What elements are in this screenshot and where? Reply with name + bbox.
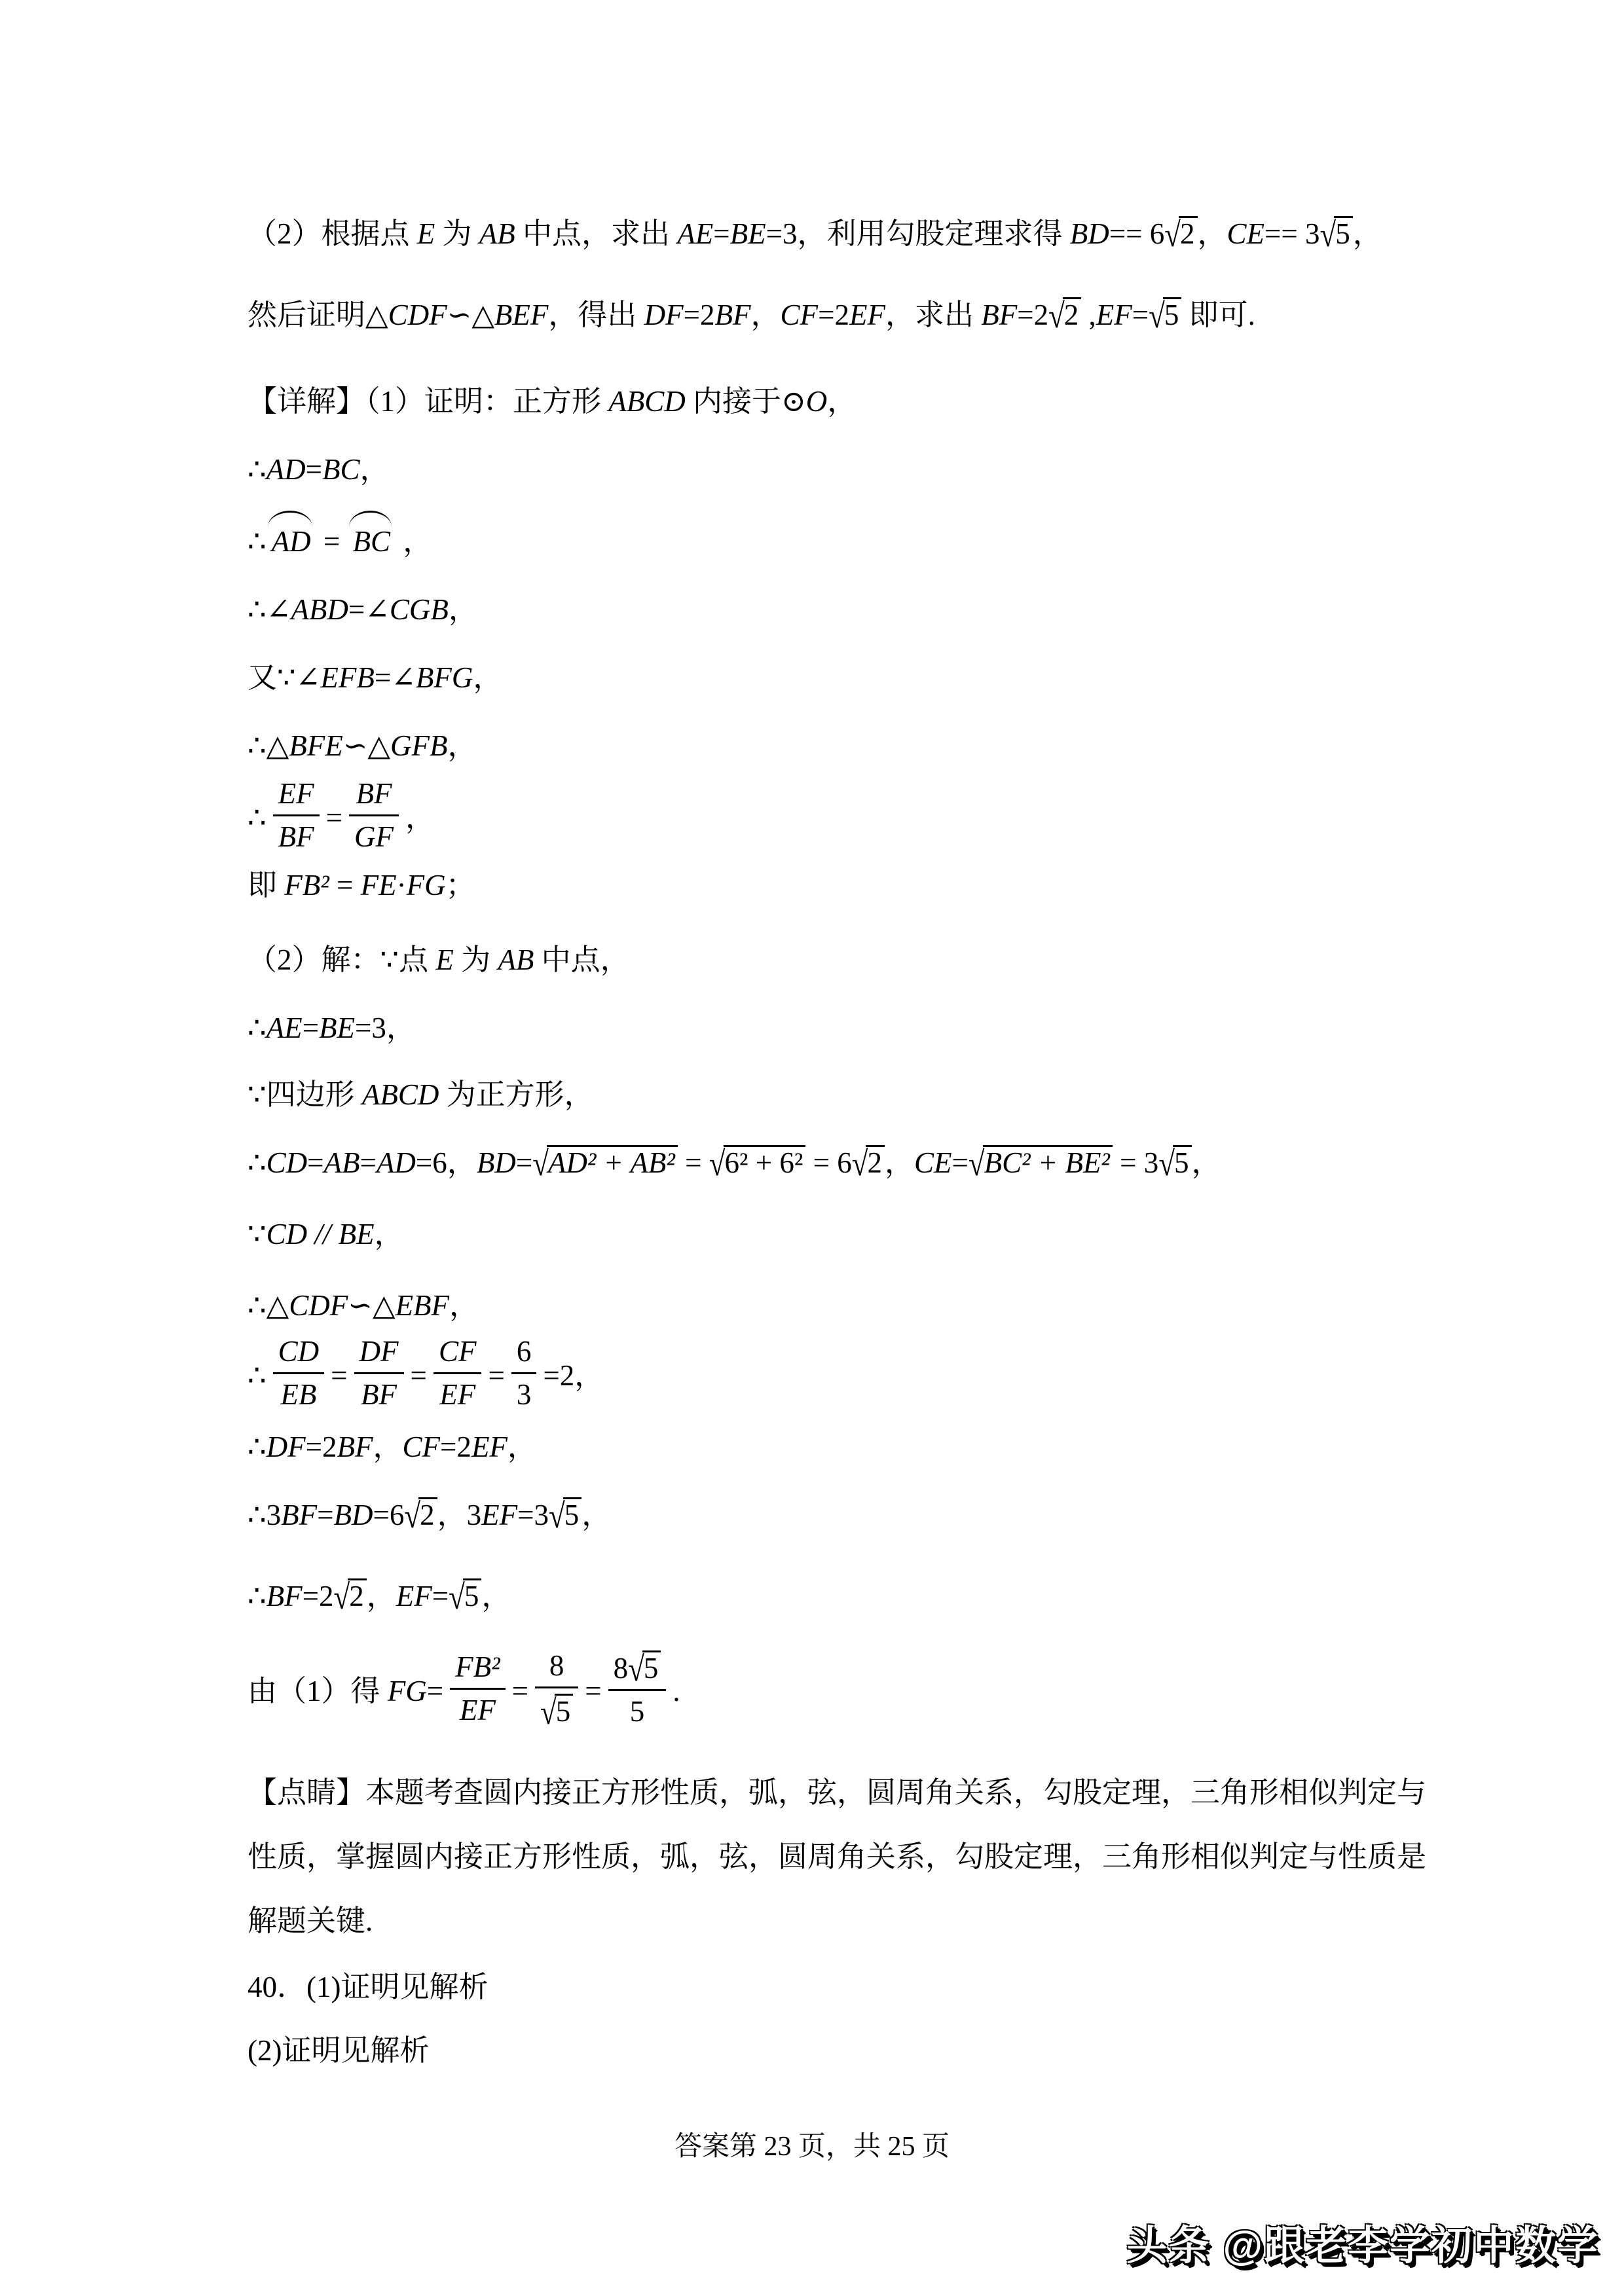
math-variable: E: [417, 217, 435, 250]
denominator: GF: [349, 816, 399, 852]
math-variable: BF: [281, 1499, 317, 1531]
numerator: FB²: [450, 1652, 505, 1690]
radicand: 5: [1173, 1145, 1192, 1178]
doc-line: ∴3BF=BD=6√2，3EF=3√5，: [248, 1497, 1598, 1533]
text-run: ，: [1353, 217, 1382, 250]
text-run: ，: [481, 1580, 511, 1613]
radicand: 2: [1063, 297, 1082, 331]
text-run: =: [427, 1675, 443, 1707]
math-variable: EF: [460, 1694, 496, 1726]
text-run: ∴∠: [248, 593, 291, 626]
text-run: ，: [1198, 217, 1227, 250]
text-run: =6，: [416, 1146, 477, 1179]
text-run: 中点，: [534, 943, 629, 976]
math-variable: FB²: [284, 869, 329, 902]
text-run: =: [306, 453, 322, 486]
radical-sign-icon: √: [540, 1694, 557, 1731]
math-variable: AD: [377, 1146, 416, 1179]
radical-sign-icon: √: [532, 1142, 549, 1184]
math-variable: FG: [388, 1675, 427, 1707]
doc-line: ∵四边形 ABCD 为正方形，: [248, 1077, 1598, 1112]
math-variable: EFB: [320, 661, 374, 694]
math-variable: BD: [334, 1499, 373, 1531]
text-run: =: [411, 1359, 427, 1392]
radicand: BC² + BE²: [983, 1145, 1113, 1178]
radicand: AD² + AB²: [547, 1145, 678, 1178]
text-run: ，: [448, 729, 477, 762]
radical-sign-icon: √: [1164, 213, 1181, 255]
text-run: ∽△: [343, 729, 390, 762]
text-run: =: [317, 1499, 333, 1531]
text-run: =2: [306, 1430, 337, 1463]
text-run: 又∵∠: [248, 661, 320, 694]
math-variable: BD: [1070, 217, 1109, 250]
text-run: ，: [449, 1289, 479, 1322]
text-run: =6: [373, 1499, 405, 1531]
text-run: 5: [630, 1695, 645, 1728]
math-variable: CGB: [390, 593, 449, 626]
text-run: 6: [517, 1335, 532, 1368]
math-variable: EF: [278, 777, 314, 810]
text-run: =: [488, 1359, 504, 1392]
math-variable: GF: [354, 820, 394, 853]
doc-line: 【详解】（1）证明：正方形 ABCD 内接于⊙O，: [248, 384, 1598, 419]
square-root: √5: [1320, 216, 1353, 251]
text-run: ∴: [248, 525, 267, 558]
math-variable: EF: [396, 1580, 432, 1613]
text-run: 即可.: [1181, 299, 1255, 331]
denominator: BF: [354, 1374, 404, 1410]
doc-line: ∴CD=AB=AD=6，BD=√AD² + AB² = √6² + 6² = 6…: [248, 1145, 1598, 1180]
radicand: 2: [418, 1497, 437, 1531]
radical-sign-icon: √: [449, 1576, 465, 1618]
math-variable: CD: [278, 1335, 320, 1368]
denominator: 5: [608, 1691, 667, 1727]
doc-line: ∴DF=2BF，CF=2EF，: [248, 1429, 1598, 1465]
math-variable: ABCD: [362, 1078, 439, 1111]
radicand: 2: [1179, 216, 1198, 249]
numerator: 6: [511, 1336, 537, 1374]
text-run: 为: [454, 943, 498, 976]
doc-line: 然后证明△CDF∽△BEF，得出 DF=2BF，CF=2EF，求出 BF=2√2…: [248, 297, 1598, 333]
math-variable: FB²: [455, 1650, 500, 1683]
square-root: √5: [449, 1578, 481, 1614]
text-run: 由（1）得: [248, 1675, 388, 1707]
text-run: =: [432, 1580, 449, 1613]
math-variable: CD: [267, 1146, 308, 1179]
math-variable: BF: [337, 1430, 373, 1463]
doc-line: 解题关键.: [248, 1903, 1598, 1939]
text-run: ∴: [248, 1580, 267, 1613]
radical-sign-icon: √: [549, 1495, 565, 1537]
math-variable: O: [806, 385, 828, 418]
math-variable: BF: [356, 777, 392, 810]
doc-line: 由（1）得 FG=FB²EF=8√5=8√55.: [248, 1656, 1598, 1733]
doc-line: ∴△CDF∽△EBF，: [248, 1288, 1598, 1323]
doc-line: 40．(1)证明见解析: [248, 1969, 1598, 2005]
fraction: EFBF: [273, 778, 320, 853]
arc-overline: AD: [272, 524, 311, 559]
math-variable: EBF: [396, 1289, 449, 1322]
square-root: √2: [1164, 216, 1197, 251]
math-variable: ABCD: [608, 385, 686, 418]
denominator: EF: [450, 1690, 505, 1726]
math-variable: BD: [477, 1146, 516, 1179]
text-run: =2: [818, 299, 849, 331]
radical-sign-icon: √: [628, 1651, 644, 1688]
document-body: （2）根据点 E 为 AB 中点，求出 AE=BE=3，利用勾股定理求得 BD=…: [248, 216, 1598, 2068]
text-run: =: [512, 1675, 528, 1707]
math-variable: ABD: [291, 593, 348, 626]
text-run: ∴: [248, 1359, 267, 1392]
text-run: =: [316, 525, 348, 558]
math-variable: AE: [677, 217, 713, 250]
radical-sign-icon: √: [852, 1142, 868, 1184]
math-variable: DF: [644, 299, 684, 331]
denominator: BF: [273, 816, 320, 852]
text-run: ，: [396, 525, 432, 558]
square-root: √BC² + BE²: [969, 1145, 1113, 1180]
numerator: CD: [273, 1336, 325, 1374]
text-run: =2: [1017, 299, 1048, 331]
text-run: 为正方形，: [439, 1078, 593, 1111]
text-run: 3: [517, 1378, 532, 1411]
text-run: ∴△: [248, 1289, 289, 1322]
math-variable: CE: [1227, 217, 1265, 250]
text-run: ，: [1192, 1146, 1221, 1179]
text-run: 40．(1)证明见解析: [248, 1971, 488, 2003]
text-run: ，: [885, 1146, 914, 1179]
text-run: ，: [473, 661, 502, 694]
text-run: ，: [375, 1218, 404, 1250]
radical-sign-icon: √: [1320, 213, 1337, 255]
text-run: ∴: [248, 1011, 267, 1044]
doc-line: ∴△BFE∽△GFB，: [248, 728, 1598, 763]
square-root: √5: [540, 1694, 573, 1727]
text-run: =: [1132, 299, 1149, 331]
radical-sign-icon: √: [1158, 1142, 1175, 1184]
math-variable: CF: [403, 1430, 441, 1463]
text-run: =: [307, 1146, 323, 1179]
doc-line: ∴∠ABD=∠CGB，: [248, 592, 1598, 627]
text-run: =: [326, 801, 342, 834]
math-variable: CDF: [289, 1289, 348, 1322]
math-variable: BF: [715, 299, 751, 331]
text-run: （2）根据点: [248, 217, 417, 250]
radical-sign-icon: √: [334, 1576, 350, 1618]
text-run: ∴: [248, 1430, 267, 1463]
doc-line: ∵CD // BE，: [248, 1216, 1598, 1252]
text-run: 8: [614, 1652, 629, 1685]
math-variable: DF: [360, 1335, 399, 1368]
text-run: ∴△: [248, 729, 289, 762]
text-run: =∠: [348, 593, 390, 626]
radicand: 5: [555, 1694, 574, 1727]
radicand: 5: [1334, 216, 1353, 249]
doc-line: ∴EFBF=BFGF，: [248, 784, 1598, 858]
math-variable: AB: [324, 1146, 360, 1179]
math-variable: AB: [479, 217, 515, 250]
text-run: (2)证明见解析: [248, 2034, 429, 2067]
text-run: =2: [440, 1430, 471, 1463]
text-run: 解题关键.: [248, 1904, 373, 1937]
text-run: 即: [248, 869, 284, 902]
text-run: =: [516, 1146, 532, 1179]
math-variable: AD: [267, 453, 306, 486]
text-run: 【详解】（1）证明：正方形: [248, 385, 608, 418]
text-run: ，: [405, 801, 435, 834]
square-root: √5: [1149, 297, 1181, 333]
math-variable: BEF: [494, 299, 548, 331]
document-page: （2）根据点 E 为 AB 中点，求出 AE=BE=3，利用勾股定理求得 BD=…: [0, 0, 1624, 2296]
radicand: 2: [866, 1145, 885, 1178]
square-root: √5: [549, 1497, 581, 1533]
text-run: 为: [435, 217, 479, 250]
math-variable: CE: [914, 1146, 952, 1179]
doc-line: ∴BF=2√2，EF=√5，: [248, 1578, 1598, 1614]
radicand: 2: [348, 1578, 367, 1612]
text-run: =: [303, 1011, 319, 1044]
radicand: 5: [463, 1578, 482, 1612]
math-variable: CF: [439, 1335, 477, 1368]
math-variable: CF: [781, 299, 819, 331]
text-run: = 6: [805, 1146, 851, 1179]
text-run: ；: [446, 869, 475, 902]
square-root: √2: [852, 1145, 885, 1180]
text-run: 8: [549, 1649, 564, 1682]
fraction: FB²EF: [450, 1652, 505, 1726]
math-variable: EF: [439, 1378, 475, 1411]
denominator: √5: [535, 1688, 578, 1727]
numerator: BF: [349, 778, 399, 816]
doc-line: 即 FB² = FE·FG；: [248, 867, 1598, 903]
doc-line: （2）解：∵点 E 为 AB 中点，: [248, 942, 1598, 977]
text-run: ·: [397, 869, 407, 902]
text-run: ∴: [248, 1146, 267, 1179]
text-run: =3: [517, 1499, 549, 1531]
numerator: EF: [273, 778, 320, 816]
text-run: =∠: [375, 661, 416, 694]
text-run: =: [678, 1146, 709, 1179]
text-run: ，: [449, 593, 478, 626]
text-run: = 3: [1113, 1146, 1158, 1179]
radical-sign-icon: √: [1149, 295, 1165, 337]
math-variable: EF: [849, 299, 885, 331]
numerator: CF: [434, 1336, 482, 1374]
doc-line: ∴AD = BC ，: [248, 524, 1598, 559]
text-run: ∴3: [248, 1499, 281, 1531]
math-variable: EB: [280, 1378, 316, 1411]
doc-line: ∴AD=BC，: [248, 452, 1598, 487]
fraction: 8√5: [535, 1650, 578, 1728]
text-run: ，: [751, 299, 781, 331]
doc-line: 又∵∠EFB=∠BFG，: [248, 660, 1598, 695]
text-run: ，: [373, 1430, 403, 1463]
denominator: 3: [511, 1374, 537, 1410]
text-run: ，3: [437, 1499, 482, 1531]
text-run: 然后证明△: [248, 299, 388, 331]
text-run: ∽△: [348, 1289, 395, 1322]
page-footer: 答案第 23 页，共 25 页: [0, 2124, 1624, 2164]
radicand: 5: [563, 1497, 582, 1531]
numerator: DF: [354, 1336, 404, 1374]
math-variable: AE: [267, 1011, 303, 1044]
math-variable: EF: [1096, 299, 1132, 331]
fraction: CFEF: [434, 1336, 482, 1411]
radical-sign-icon: √: [1048, 295, 1065, 337]
watermark: 头条 @跟老李学初中数学: [1126, 2213, 1599, 2271]
text-run: ，: [360, 453, 390, 486]
radical-sign-icon: √: [969, 1142, 985, 1184]
text-run: ，: [827, 385, 857, 418]
text-run: =: [360, 1146, 377, 1179]
numerator: 8√5: [608, 1650, 667, 1691]
square-root: √6² + 6²: [709, 1145, 806, 1180]
radicand: 5: [642, 1650, 661, 1684]
text-run: =3，利用勾股定理求得: [766, 217, 1070, 250]
math-variable: BF: [981, 299, 1017, 331]
text-run: =2: [684, 299, 715, 331]
math-variable: AB: [498, 943, 534, 976]
text-run: 【点睛】本题考查圆内接正方形性质，弧，弦，圆周角关系，勾股定理，三角形相似判定与: [248, 1776, 1426, 1809]
doc-line: 性质，掌握圆内接正方形性质，弧，弦，圆周角关系，勾股定理，三角形相似判定与性质是: [248, 1839, 1598, 1874]
text-run: 性质，掌握圆内接正方形性质，弧，弦，圆周角关系，勾股定理，三角形相似判定与性质是: [248, 1840, 1426, 1873]
square-root: √2: [404, 1497, 437, 1533]
radical-sign-icon: √: [709, 1142, 726, 1184]
arc-overline: BC: [353, 524, 391, 559]
text-run: 中点，求出: [515, 217, 678, 250]
math-variable: BF: [361, 1378, 397, 1411]
fraction: 8√55: [608, 1650, 667, 1728]
text-run: ∵四边形: [248, 1078, 362, 1111]
text-run: ，: [507, 1430, 537, 1463]
text-run: =: [329, 869, 361, 902]
math-variable: BF: [278, 820, 314, 853]
text-run: =: [331, 1359, 347, 1392]
numerator: 8: [535, 1650, 578, 1688]
text-run: =3，: [355, 1011, 416, 1044]
math-variable: FG: [407, 869, 446, 902]
text-run: ,: [1081, 299, 1096, 331]
text-run: ，得出: [548, 299, 644, 331]
text-run: =: [952, 1146, 969, 1179]
text-run: ∴: [248, 801, 267, 834]
text-run: .: [673, 1675, 680, 1707]
square-root: √2: [334, 1578, 367, 1614]
text-run: == 6: [1109, 217, 1165, 250]
math-variable: CDF: [388, 299, 447, 331]
fraction: BFGF: [349, 778, 399, 853]
math-variable: BE: [319, 1011, 355, 1044]
text-run: == 3: [1264, 217, 1320, 250]
math-variable: BE: [730, 217, 766, 250]
text-run: ∵: [248, 1218, 267, 1250]
doc-line: (2)证明见解析: [248, 2033, 1598, 2068]
text-run: ，: [581, 1499, 611, 1531]
denominator: EB: [273, 1374, 325, 1410]
math-variable: EF: [481, 1499, 517, 1531]
text-run: =2，: [543, 1359, 604, 1392]
math-variable: BFE: [289, 729, 342, 762]
fraction: DFBF: [354, 1336, 404, 1411]
math-variable: BC: [322, 453, 360, 486]
denominator: EF: [434, 1374, 482, 1410]
text-run: ∴: [248, 453, 267, 486]
text-run: =: [713, 217, 729, 250]
text-run: =2: [303, 1580, 334, 1613]
text-run: ∽△: [447, 299, 494, 331]
radicand: 5: [1163, 297, 1182, 331]
math-variable: GFB: [390, 729, 447, 762]
text-run: ，: [367, 1580, 396, 1613]
square-root: √2: [1048, 297, 1081, 333]
math-variable: CD // BE: [267, 1218, 375, 1250]
doc-line: （2）根据点 E 为 AB 中点，求出 AE=BE=3，利用勾股定理求得 BD=…: [248, 216, 1598, 251]
text-run: 内接于⊙: [686, 385, 806, 418]
math-variable: BF: [267, 1580, 303, 1613]
fraction: CDEB: [273, 1336, 325, 1411]
square-root: √5: [1158, 1145, 1191, 1180]
text-run: ，求出: [885, 299, 981, 331]
text-run: （2）解：∵点: [248, 943, 435, 976]
math-variable: E: [435, 943, 454, 976]
radical-sign-icon: √: [404, 1495, 420, 1537]
text-run: =: [585, 1675, 601, 1707]
math-variable: DF: [267, 1430, 306, 1463]
fraction: 63: [511, 1336, 537, 1411]
math-variable: BFG: [416, 661, 473, 694]
math-variable: EF: [471, 1430, 507, 1463]
radicand: 6² + 6²: [724, 1145, 806, 1178]
square-root: √AD² + AB²: [532, 1145, 678, 1180]
doc-line: ∴CDEB=DFBF=CFEF=63=2，: [248, 1341, 1598, 1416]
math-variable: FE: [361, 869, 397, 902]
square-root: √5: [628, 1650, 661, 1684]
doc-line: ∴AE=BE=3，: [248, 1010, 1598, 1046]
doc-line: 【点睛】本题考查圆内接正方形性质，弧，弦，圆周角关系，勾股定理，三角形相似判定与: [248, 1775, 1598, 1810]
